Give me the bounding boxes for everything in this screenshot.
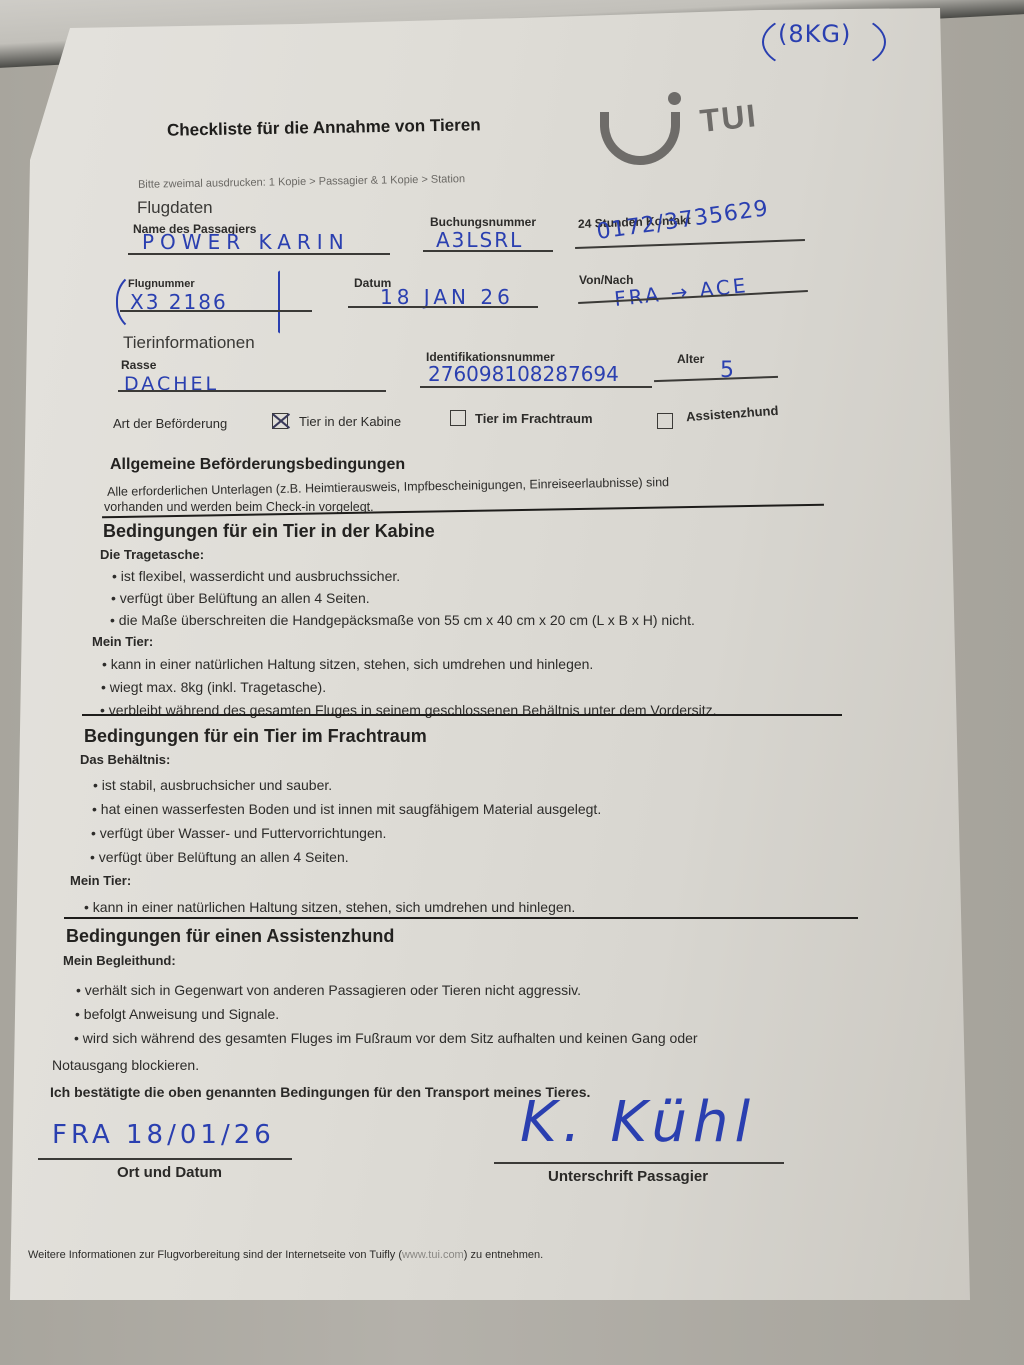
dog-heading: Mein Begleithund:	[63, 953, 176, 968]
breed-line	[118, 390, 386, 392]
flight-number-line	[120, 310, 312, 312]
footer-text-after: ) zu entnehmen.	[464, 1249, 544, 1261]
checkbox-assistance-dog[interactable]	[657, 413, 673, 429]
checkbox-hold[interactable]	[450, 410, 466, 426]
footer-text: Weitere Informationen zur Flugvorbereitu…	[28, 1249, 543, 1261]
checkbox-cabin[interactable]	[272, 413, 288, 429]
hold-animal-heading: Mein Tier:	[70, 873, 131, 888]
signature-label: Unterschrift Passagier	[548, 1168, 708, 1185]
hold-conditions-heading: Bedingungen für ein Tier im Frachtraum	[84, 726, 427, 747]
tui-wordmark: TUI	[698, 97, 759, 140]
booking-number-label: Buchungsnummer	[430, 215, 536, 229]
booking-number-field[interactable]: A3LSRL	[436, 228, 523, 252]
passenger-name-field[interactable]: POWER KARIN	[142, 230, 350, 254]
id-number-line	[420, 386, 652, 388]
date-line	[348, 306, 538, 308]
assistance-dog-condition-item: • verhält sich in Gegenwart von anderen …	[76, 982, 581, 998]
checkbox-hold-label: Tier im Frachtraum	[475, 411, 593, 426]
cabin-animal-condition-item: • wiegt max. 8kg (inkl. Tragetasche).	[101, 679, 326, 695]
hold-animal-condition-item: • kann in einer natürlichen Haltung sitz…	[84, 899, 575, 915]
place-date-line	[38, 1158, 292, 1160]
cabin-animal-condition-item: • kann in einer natürlichen Haltung sitz…	[102, 656, 593, 672]
divider	[64, 917, 858, 919]
flight-data-heading: Flugdaten	[137, 198, 213, 218]
footer-link[interactable]: www.tui.com	[402, 1249, 464, 1261]
tui-dot-icon	[668, 92, 681, 105]
container-condition-item: • verfügt über Wasser- und Futtervorrich…	[91, 825, 386, 841]
cabin-animal-heading: Mein Tier:	[92, 634, 153, 649]
container-heading: Das Behältnis:	[80, 752, 170, 767]
assistance-conditions-heading: Bedingungen für einen Assistenzhund	[66, 926, 394, 947]
container-condition-item: • ist stabil, ausbruchsicher und sauber.	[93, 777, 332, 793]
signature-line	[494, 1162, 784, 1164]
place-date-field[interactable]: FRA 18/01/26	[52, 1120, 275, 1150]
bag-condition-item: • die Maße überschreiten die Handgepäcks…	[110, 612, 695, 628]
passenger-name-line	[128, 253, 390, 255]
checkbox-cabin-label: Tier in der Kabine	[299, 414, 401, 429]
id-number-field[interactable]: 276098108287694	[428, 362, 619, 386]
assistance-dog-condition-item: • befolgt Anweisung und Signale.	[75, 1006, 279, 1022]
age-label: Alter	[677, 352, 704, 366]
bag-condition-item: • verfügt über Belüftung an allen 4 Seit…	[111, 590, 370, 606]
divider	[82, 714, 842, 716]
container-condition-item: • verfügt über Belüftung an allen 4 Seit…	[90, 849, 349, 865]
confirmation-statement: Ich bestätigte die oben genannten Beding…	[50, 1084, 590, 1100]
signature-field[interactable]: K. Kühl	[520, 1090, 756, 1155]
place-date-label: Ort und Datum	[117, 1164, 222, 1181]
cabin-conditions-heading: Bedingungen für ein Tier in der Kabine	[103, 521, 435, 542]
footer-text-before: Weitere Informationen zur Flugvorbereitu…	[28, 1249, 402, 1261]
transport-type-label: Art der Beförderung	[113, 416, 227, 431]
assistance-dog-condition-item: • wird sich während des gesamten Fluges …	[74, 1030, 698, 1046]
booking-number-line	[423, 250, 553, 252]
handwritten-weight-note: (8KG)	[778, 20, 851, 48]
flight-number-label: Flugnummer	[128, 278, 195, 290]
breed-label: Rasse	[121, 358, 156, 372]
bag-heading: Die Tragetasche:	[100, 547, 204, 562]
container-condition-item: • hat einen wasserfesten Boden und ist i…	[92, 801, 601, 817]
bag-condition-item: • ist flexibel, wasserdicht und ausbruch…	[112, 568, 400, 584]
breed-field[interactable]: DACHEL	[124, 373, 219, 395]
general-conditions-heading: Allgemeine Beförderungsbedingungen	[110, 456, 405, 474]
animal-info-heading: Tierinformationen	[123, 333, 255, 353]
dog-condition-continued: Notausgang blockieren.	[52, 1057, 199, 1073]
